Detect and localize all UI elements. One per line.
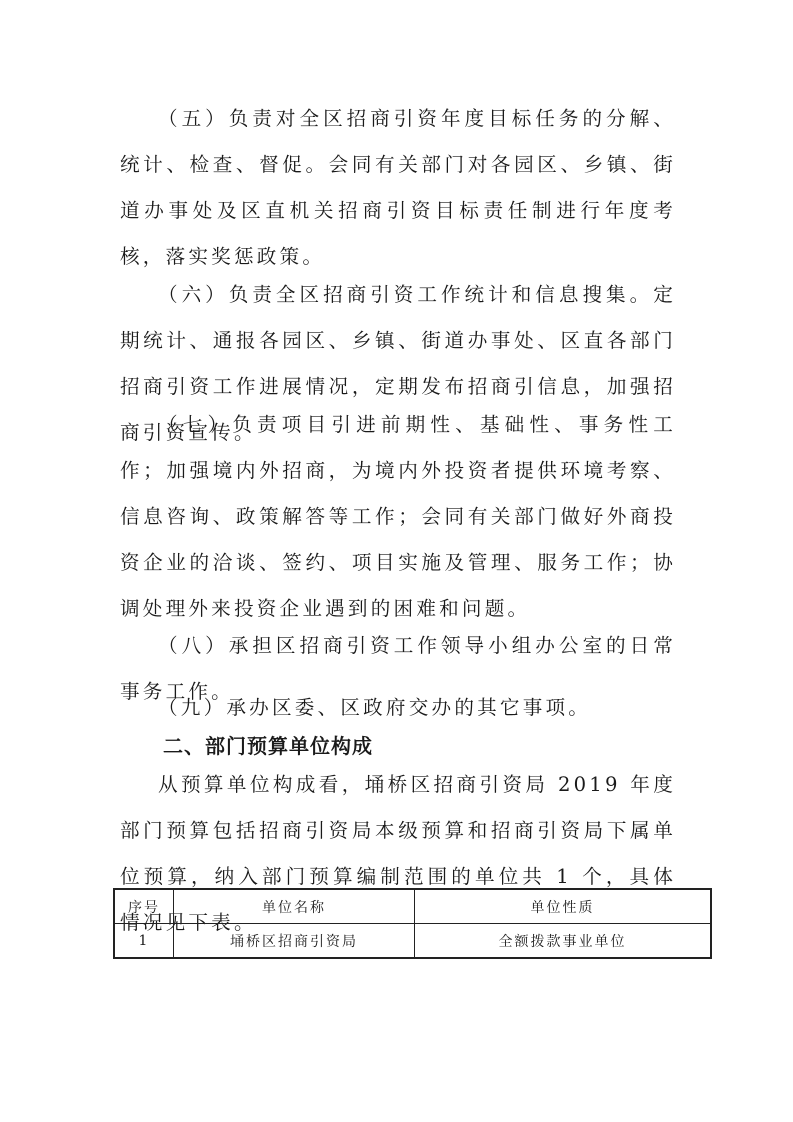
cell-index: 1 [114, 924, 174, 959]
header-unit-name: 单位名称 [174, 889, 415, 924]
table-row: 1 埇桥区招商引资局 全额拨款事业单位 [114, 924, 711, 959]
header-index: 序号 [114, 889, 174, 924]
cell-unit-type: 全额拨款事业单位 [415, 924, 712, 959]
paragraph-item-5: （五）负责对全区招商引资年度目标任务的分解、统计、检查、督促。会同有关部门对各园… [120, 96, 676, 280]
paragraph-item-7: （七）负责项目引进前期性、基础性、事务性工作；加强境内外招商，为境内外投资者提供… [120, 402, 676, 632]
document-page: （五）负责对全区招商引资年度目标任务的分解、统计、检查、督促。会同有关部门对各园… [0, 0, 793, 1122]
table-header-row: 序号 单位名称 单位性质 [114, 889, 711, 924]
paragraph-item-9: （九）承办区委、区政府交办的其它事项。 [120, 685, 676, 731]
budget-units-table: 序号 单位名称 单位性质 1 埇桥区招商引资局 全额拨款事业单位 [113, 888, 712, 959]
header-unit-type: 单位性质 [415, 889, 712, 924]
cell-unit-name: 埇桥区招商引资局 [174, 924, 415, 959]
section-heading: 二、部门预算单位构成 [163, 730, 373, 759]
